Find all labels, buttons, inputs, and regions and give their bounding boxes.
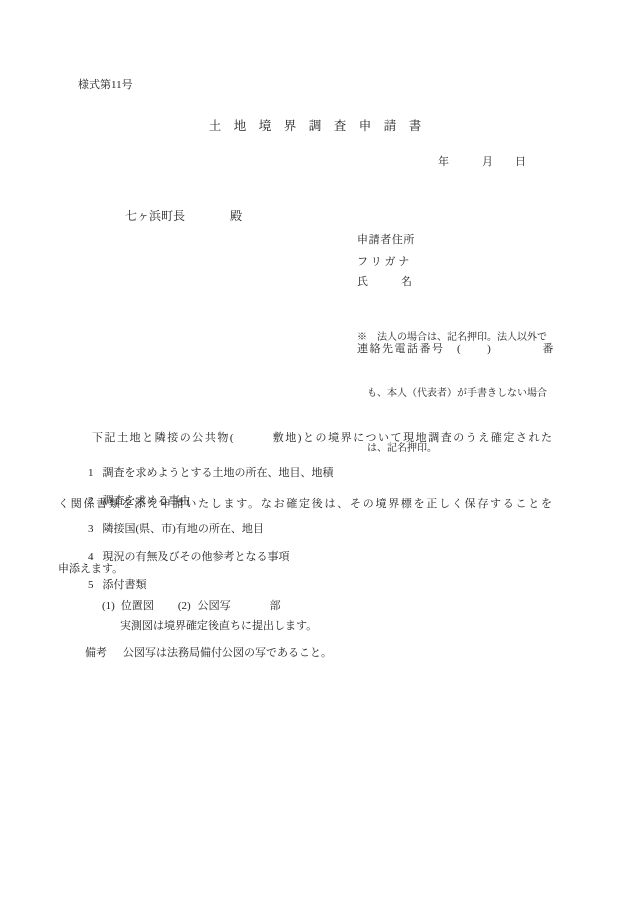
list-item: 2 調査を求める事由 [88,495,191,508]
list-item-number: 5 [88,579,94,592]
copies-unit-label: 部 [270,600,281,613]
attachment-items-row: (1) 位置図 (2) 公図写 部 [102,600,281,613]
list-item: 1 調査を求めようとする土地の所在、地目、地積 [88,467,334,480]
remarks-label: 備考 [85,647,107,660]
list-item-number: 2 [88,495,94,508]
attachment-1-label: 位置図 [121,600,154,613]
attachment-2-number: (2) [178,600,191,613]
attachment-2-label: 公図写 [198,600,231,613]
survey-map-note: 実測図は境界確定後直ちに提出します。 [120,620,317,633]
application-form-page: 様式第11号 土 地 境 界 調 査 申 請 書 年 月 日 七ヶ浜町長殿 申請… [0,0,630,903]
applicant-address-label: 申請者住所 [357,234,415,247]
attachment-1-number: (1) [102,600,115,613]
list-item-number: 4 [88,551,94,564]
body-paragraph-line: 下記土地と隣接の公共物( 敷地)との境界について現地調査のうえ確定された [58,428,552,450]
applicant-furigana-label: フ リ ガ ナ [357,256,409,269]
form-number: 様式第11号 [78,79,133,92]
list-item: 3 隣接国(県、市)有地の所在、地目 [88,523,264,536]
list-item: 4 現況の有無及びその他参考となる事項 [88,551,290,564]
list-item-text: 添付書類 [103,579,147,592]
contact-phone-field: 連絡先電話番号 ( ) 番 [357,343,555,356]
addressee-line: 七ヶ浜町長殿 [113,195,242,238]
date-fields: 年 月 日 [438,156,526,169]
list-item-number: 1 [88,467,94,480]
list-item-text: 現況の有無及びその他参考となる事項 [103,551,290,564]
remarks-text: 公図写は法務局備付公図の写であること。 [123,647,332,660]
list-item-text: 隣接国(県、市)有地の所在、地目 [103,523,264,536]
list-item-text: 調査を求める事由 [103,495,191,508]
page-title: 土 地 境 界 調 査 申 請 書 [0,119,630,134]
applicant-name-label: 氏 名 [357,276,412,289]
addressee-name: 七ヶ浜町長 [125,209,185,223]
list-item-text: 調査を求めようとする土地の所在、地目、地積 [103,467,334,480]
addressee-honorific: 殿 [230,209,242,223]
remarks-line: 備考 公図写は法務局備付公図の写であること。 [85,647,332,660]
list-item: 5 添付書類 [88,579,147,592]
list-item-number: 3 [88,523,94,536]
